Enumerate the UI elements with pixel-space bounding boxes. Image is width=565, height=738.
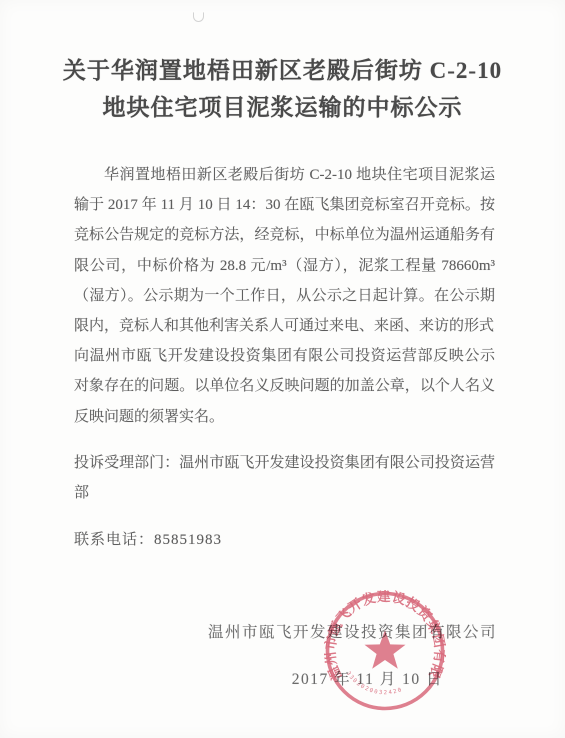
body-line: 限公司，中标价格为 28.8 元/m³（湿方），泥浆工程量 78660m³ bbox=[74, 251, 495, 281]
body-line: 反映问题的须署实名。 bbox=[74, 402, 495, 432]
body-line: 华润置地梧田新区老殿后街坊 C-2-10 地块住宅项目泥浆运 bbox=[74, 160, 495, 190]
title-line-1: 关于华润置地梧田新区老殿后街坊 C-2-10 bbox=[30, 52, 535, 89]
body-paragraph: 华润置地梧田新区老殿后街坊 C-2-10 地块住宅项目泥浆运 输于 2017 年… bbox=[74, 160, 495, 432]
complaint-department: 投诉受理部门：温州市瓯飞开发建设投资集团有限公司投资运营 部 bbox=[74, 447, 495, 507]
seal-outer-ring bbox=[328, 594, 443, 709]
document-page: 关于华润置地梧田新区老殿后街坊 C-2-10 地块住宅项目泥浆运输的中标公示 华… bbox=[0, 0, 565, 738]
scan-artifact bbox=[193, 12, 204, 22]
body-line: （湿方）。公示期为一个工作日，从公示之日起计算。在公示期 bbox=[74, 281, 495, 311]
body-line: 限内，竞标人和其他利害关系人可通过来电、来函、来访的形式， bbox=[74, 311, 495, 341]
body-line: 输于 2017 年 11 月 10 日 14：30 在瓯飞集团竞标室召开竞标。按 bbox=[74, 190, 495, 220]
signature-company: 温州市瓯飞开发建设投资集团有限公司 bbox=[208, 620, 497, 642]
body-line: 竞标公告规定的竞标方法，经竞标，中标单位为温州运通船务有 bbox=[74, 220, 495, 250]
official-seal: 温州市瓯飞开发建设投资集团有限公司 3303020032420 bbox=[324, 590, 446, 712]
body-line: 向温州市瓯飞开发建设投资集团有限公司投资运营部反映公示 bbox=[74, 341, 495, 371]
document-title: 关于华润置地梧田新区老殿后街坊 C-2-10 地块住宅项目泥浆运输的中标公示 bbox=[30, 52, 535, 126]
title-line-2: 地块住宅项目泥浆运输的中标公示 bbox=[30, 89, 535, 126]
complaint-line: 投诉受理部门：温州市瓯飞开发建设投资集团有限公司投资运营 bbox=[74, 447, 495, 477]
signature-date: 2017 年 11 月 10 日 bbox=[292, 667, 443, 689]
contact-phone: 联系电话：85851983 bbox=[74, 528, 222, 549]
body-line: 对象存在的问题。以单位名义反映问题的加盖公章，以个人名义 bbox=[74, 371, 495, 401]
complaint-line: 部 bbox=[74, 477, 495, 507]
